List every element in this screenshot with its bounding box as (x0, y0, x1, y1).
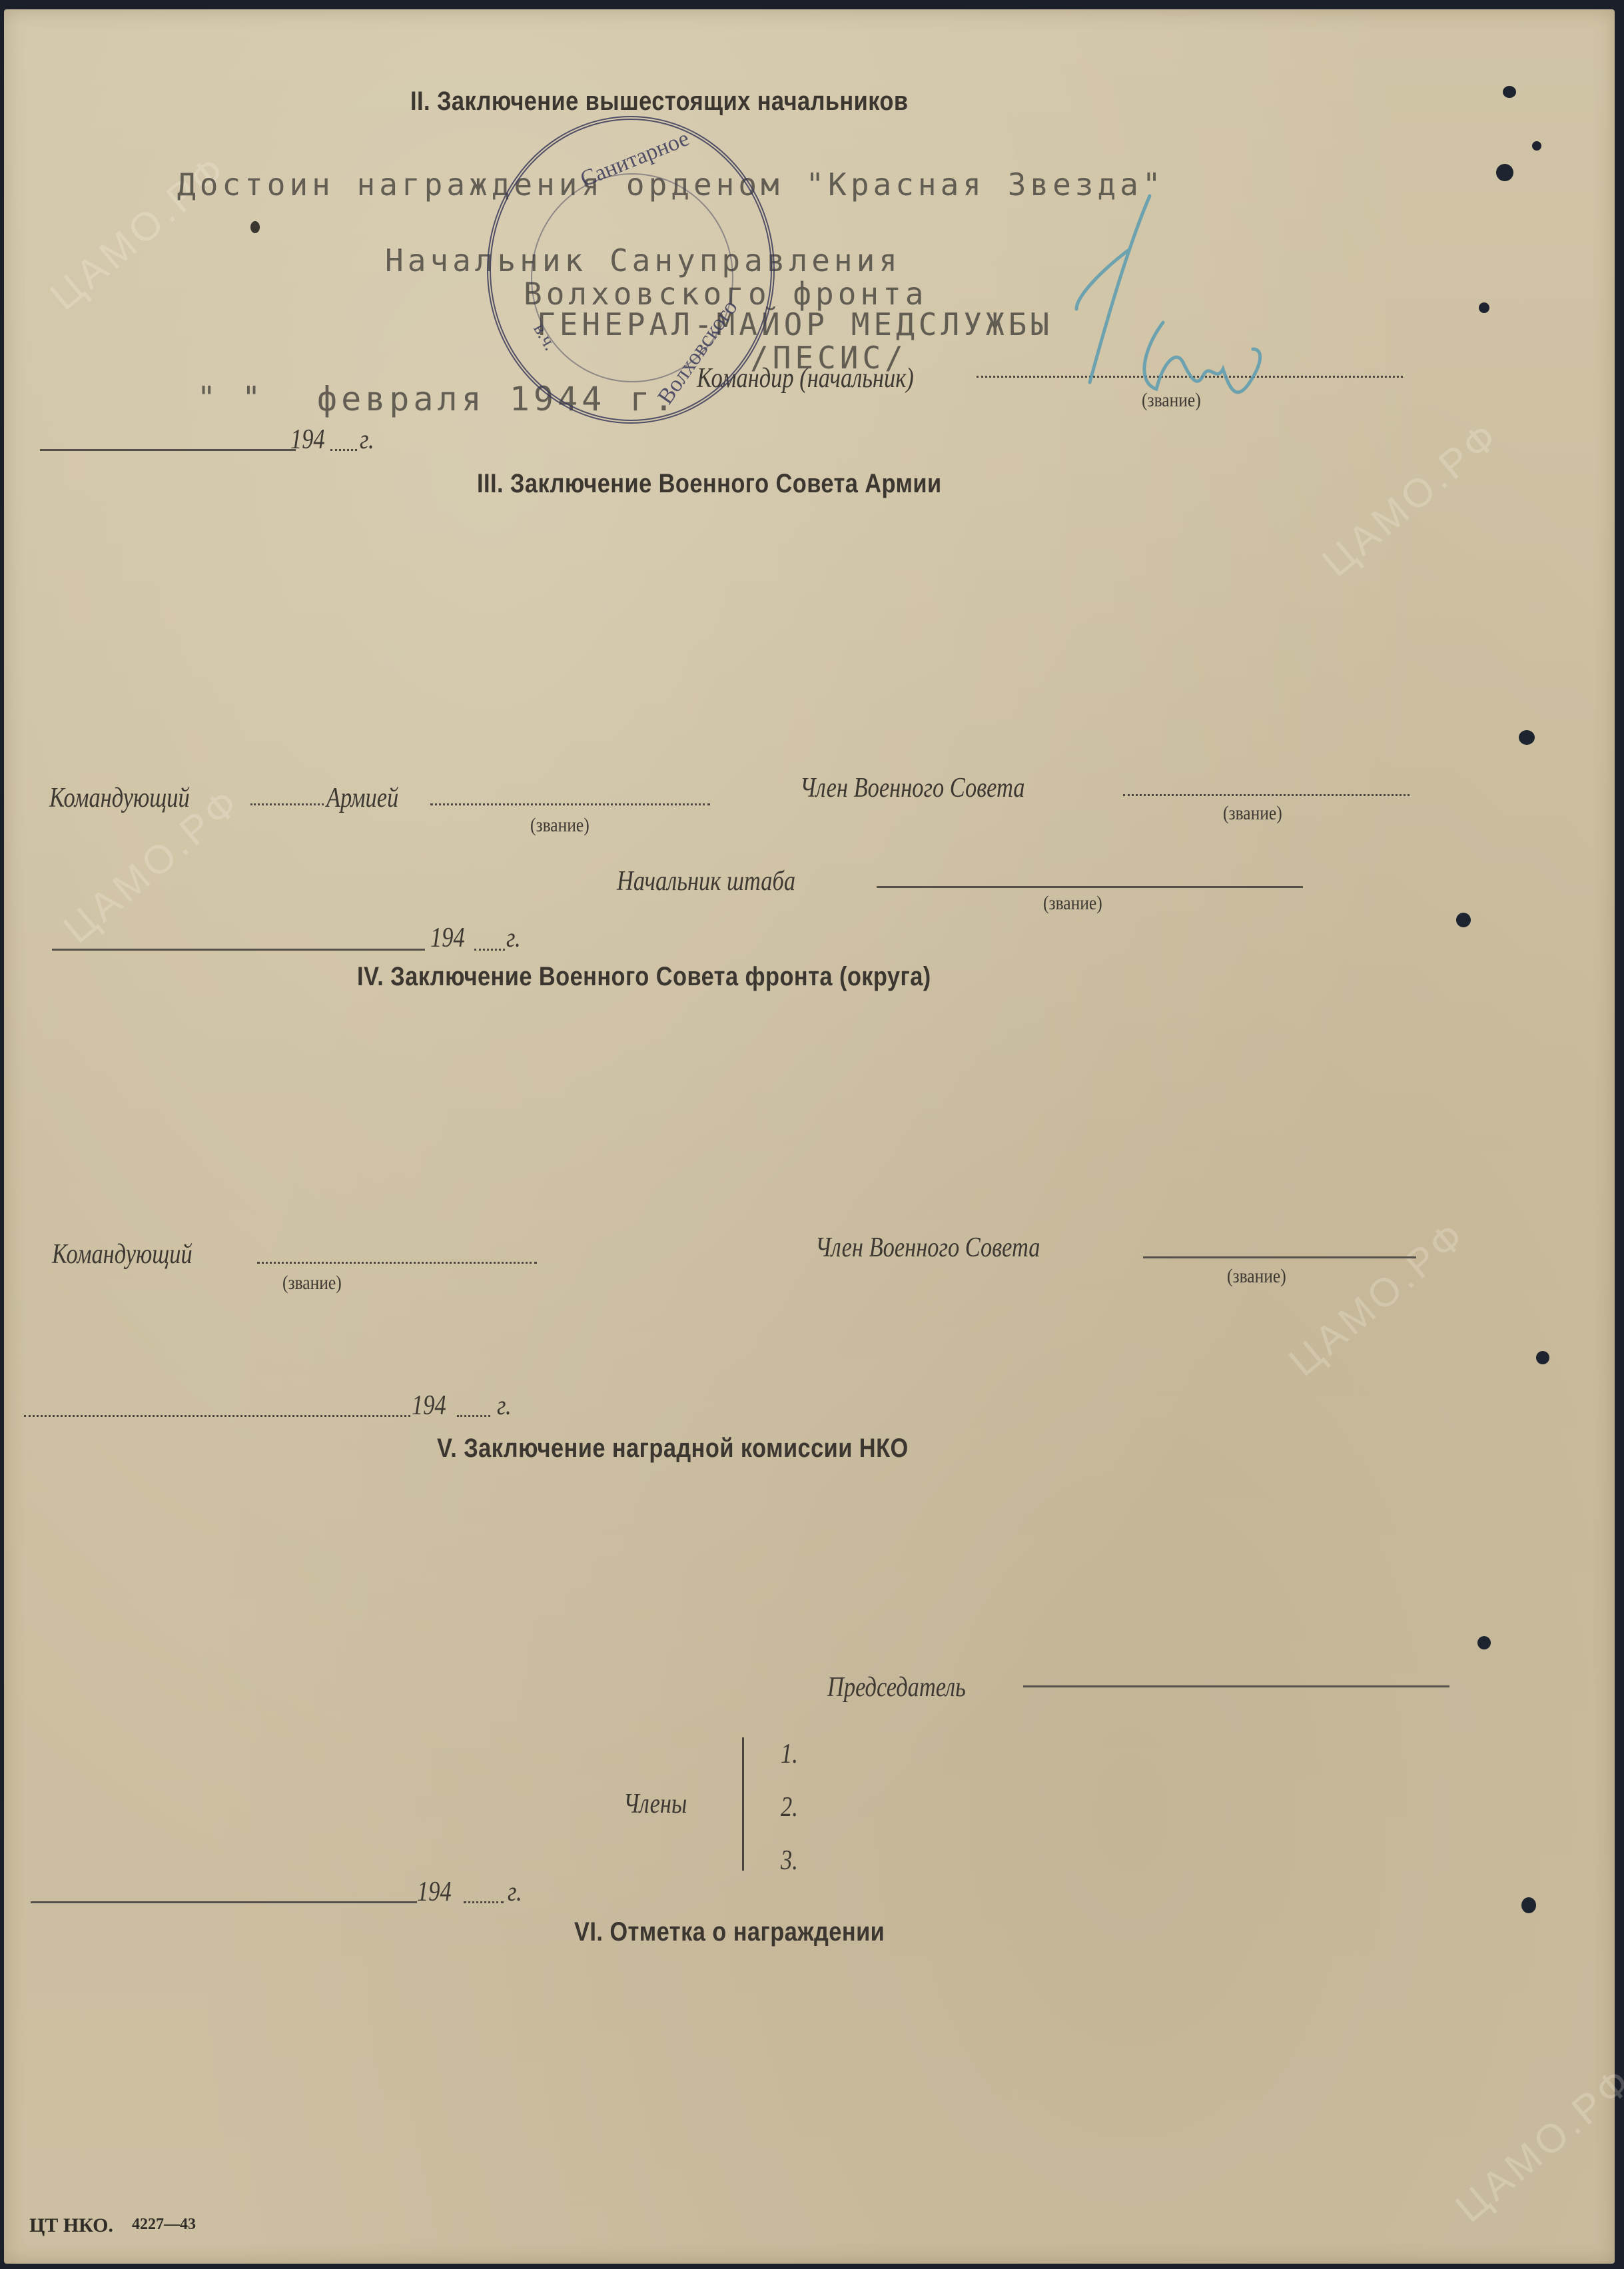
punch-hole (1532, 141, 1541, 151)
members-brace (742, 1737, 757, 1871)
rank-label: (звание) (530, 814, 590, 837)
official-stamp: Санитарное Волховского в.ч. (487, 116, 775, 424)
date-line-day-month (52, 949, 425, 951)
chairman-line (1023, 1685, 1449, 1687)
army-label: Армией (326, 782, 398, 814)
punch-hole (1496, 164, 1513, 181)
ink-spot (250, 221, 260, 233)
date-line-day-month (31, 1901, 417, 1903)
date-year-suffix: г. (508, 1876, 522, 1908)
watermark: ЦАМО.РФ (1314, 412, 1509, 586)
date-year-prefix: 194 (412, 1390, 446, 1422)
punch-hole (1521, 1897, 1536, 1913)
typed-date-quotes: " " (197, 380, 264, 416)
date-line-day-month (24, 1415, 410, 1417)
section-3-heading: III. Заключение Военного Совета Армии (477, 469, 942, 499)
date-line-year (457, 1415, 490, 1417)
signature-icon (1063, 189, 1290, 409)
punch-hole (1456, 913, 1471, 927)
front-commander-label: Командующий (52, 1238, 193, 1270)
date-year-prefix: 194 (430, 922, 465, 954)
section-2-heading: II. Заключение вышестоящих начальников (410, 87, 908, 117)
date-year-prefix: 194 (417, 1876, 452, 1908)
rank-label: (звание) (1227, 1265, 1286, 1288)
council-member-line (1123, 794, 1410, 796)
member-number-3: 3. (781, 1845, 798, 1877)
chief-of-staff-line (877, 886, 1303, 888)
section-5-heading: V. Заключение наградной комиссии НКО (437, 1434, 909, 1464)
watermark: ЦАМО.РФ (1447, 2057, 1624, 2232)
date-line-year (464, 1901, 504, 1903)
members-label: Члены (623, 1788, 687, 1820)
chairman-label: Председатель (827, 1671, 966, 1703)
army-commander-label: Командующий (49, 782, 190, 814)
chief-of-staff-label: Начальник штаба (617, 865, 795, 897)
date-year-prefix: 194 (290, 424, 325, 456)
punch-hole (1477, 1636, 1491, 1649)
army-commander-signature-line (430, 803, 710, 805)
punch-hole (1519, 730, 1535, 745)
date-line-year (474, 949, 505, 951)
rank-label: (звание) (282, 1272, 342, 1294)
printer-mark: ЦТ НКО. (29, 2214, 113, 2237)
member-number-2: 2. (781, 1791, 798, 1823)
rank-label: (звание) (1223, 802, 1282, 825)
document-page: ЦАМО.РФ ЦАМО.РФ ЦАМО.РФ ЦАМО.РФ ЦАМО.РФ … (4, 9, 1615, 2264)
rank-label: (звание) (1043, 892, 1102, 915)
front-commander-line (257, 1262, 537, 1264)
council-member-line (1143, 1256, 1416, 1258)
army-commander-line (250, 803, 324, 805)
section-4-heading: IV. Заключение Военного Совета фронта (о… (357, 962, 931, 992)
section-6-heading: VI. Отметка о награждении (574, 1917, 885, 1947)
council-member-label: Член Военного Совета (800, 772, 1025, 804)
date-year-suffix: г. (360, 424, 374, 456)
punch-hole (1536, 1351, 1549, 1364)
member-number-1: 1. (781, 1738, 798, 1770)
date-year-suffix: г. (497, 1390, 512, 1422)
punch-hole (1479, 302, 1489, 313)
date-line-day-month (40, 449, 296, 451)
date-year-suffix: г. (506, 922, 521, 954)
watermark: ЦАМО.РФ (1280, 1211, 1475, 1386)
date-line-year (330, 449, 357, 451)
form-number: 4227—43 (132, 2216, 196, 2234)
council-member-label: Член Военного Совета (815, 1232, 1040, 1264)
punch-hole (1503, 86, 1516, 98)
